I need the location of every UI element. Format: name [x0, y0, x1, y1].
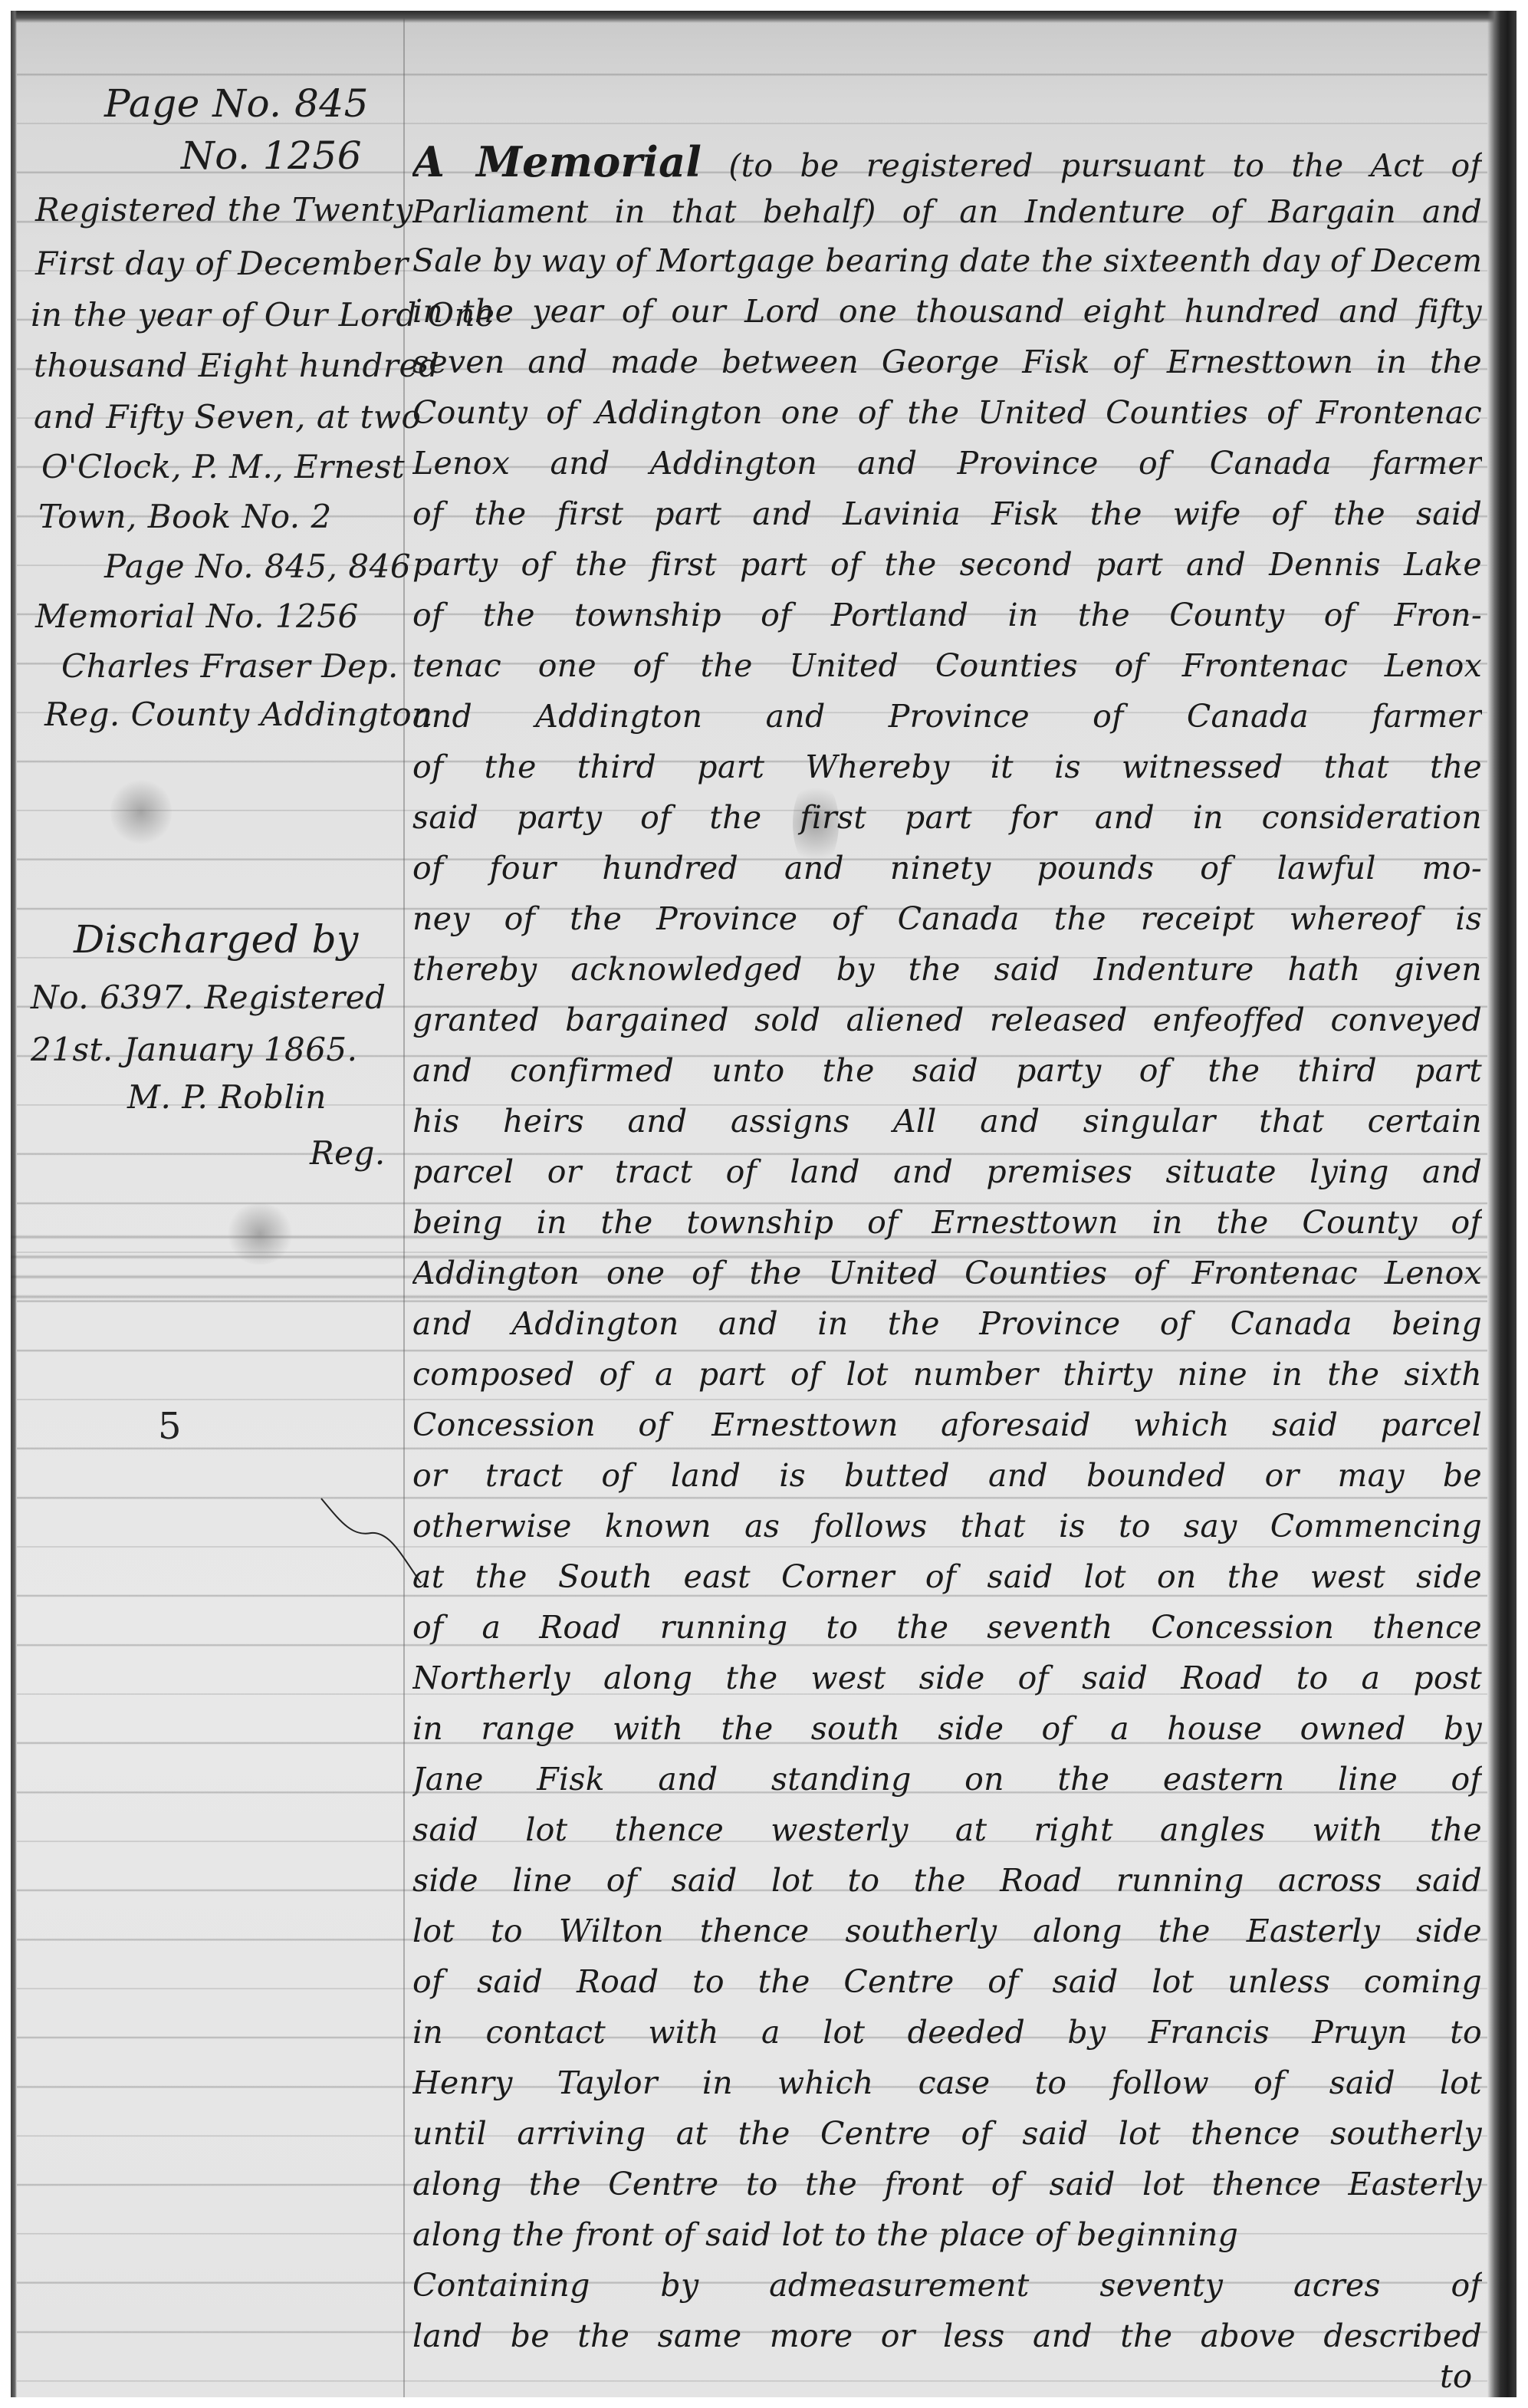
body-line: in contact with a lot deeded by Francis …: [412, 2014, 1482, 2051]
memorial-heading: A Memorial: [412, 137, 702, 186]
body-line: in range with the south side of a house …: [412, 1710, 1482, 1747]
body-line: Parliament in that behalf) of an Indentu…: [412, 193, 1482, 230]
body-line-text: (to be registered pursuant to the Act of: [702, 147, 1482, 184]
body-line: said party of the first part for and in …: [412, 799, 1482, 836]
body-line: County of Addington one of the United Co…: [412, 394, 1482, 431]
body-line: being in the township of Ernesttown in t…: [412, 1204, 1482, 1241]
body-line: of said Road to the Centre of said lot u…: [412, 1963, 1482, 2000]
body-line: or tract of land is butted and bounded o…: [412, 1457, 1482, 1494]
body-line: otherwise known as follows that is to sa…: [412, 1508, 1482, 1544]
pointer-stroke: [317, 1495, 425, 1587]
discharge-note-line: M. P. Roblin: [127, 1078, 327, 1116]
body-line: ney of the Province of Canada the receip…: [412, 900, 1482, 937]
registration-note-line: Registered the Twenty: [35, 191, 413, 229]
registration-note-line: and Fifty Seven, at two: [34, 398, 421, 436]
scan-top-edge: [11, 11, 1516, 23]
scan-left-edge: [11, 11, 17, 2397]
registration-note-line: First day of December: [35, 245, 409, 282]
body-line: and Addington and Province of Canada far…: [412, 698, 1482, 735]
body-line: granted bargained sold aliened released …: [412, 1002, 1482, 1038]
body-line: lot to Wilton thence southerly along the…: [412, 1913, 1482, 1949]
discharge-note-line: Discharged by: [74, 917, 359, 962]
registration-note-line: Memorial No. 1256: [35, 597, 359, 635]
body-line: composed of a part of lot number thirty …: [412, 1356, 1482, 1393]
stray-pencil-mark: 5: [158, 1405, 182, 1448]
body-line: parcel or tract of land and premises sit…: [412, 1153, 1482, 1190]
scanned-ledger-page: Page No. 845 No. 1256 Registered the Twe…: [11, 11, 1516, 2397]
body-line: along the Centre to the front of said lo…: [412, 2166, 1482, 2202]
body-line: Concession of Ernesttown aforesaid which…: [412, 1406, 1482, 1443]
body-line: Henry Taylor in which case to follow of …: [412, 2064, 1482, 2101]
body-line: Sale by way of Mortgage bearing date the…: [412, 242, 1482, 279]
body-line: side line of said lot to the Road runnin…: [412, 1862, 1482, 1899]
registration-note-line: Reg. County Addington: [44, 696, 433, 733]
margin-page-number: Page No. 845: [104, 81, 369, 126]
body-line: Northerly along the west side of said Ro…: [412, 1660, 1482, 1696]
registration-note-line: Charles Fraser Dep.: [61, 647, 399, 685]
registration-note-line: O'Clock, P. M., Ernest: [41, 448, 405, 485]
body-line: at the South east Corner of said lot on …: [412, 1558, 1482, 1595]
body-line: Jane Fisk and standing on the eastern li…: [412, 1761, 1482, 1798]
binding-edge: [1487, 11, 1516, 2397]
body-line-title: A Memorial (to be registered pursuant to…: [412, 137, 1482, 186]
body-line: land be the same more or less and the ab…: [412, 2318, 1482, 2354]
body-line: Lenox and Addington and Province of Cana…: [412, 445, 1482, 482]
stain-spot: [225, 1203, 294, 1265]
stain-spot: [110, 778, 172, 847]
body-line: his heirs and assigns All and singular t…: [412, 1103, 1482, 1140]
body-line: of the first part and Lavinia Fisk the w…: [412, 495, 1482, 532]
discharge-note-line: 21st. January 1865.: [31, 1031, 358, 1068]
body-line: tenac one of the United Counties of Fron…: [412, 647, 1482, 684]
body-line: seven and made between George Fisk of Er…: [412, 344, 1482, 380]
catchword: to: [1440, 2357, 1472, 2395]
body-line: and confirmed unto the said party of the…: [412, 1052, 1482, 1089]
body-line: party of the first part of the second pa…: [412, 546, 1482, 583]
body-line: Addington one of the United Counties of …: [412, 1255, 1482, 1291]
body-line: of the township of Portland in the Count…: [412, 597, 1482, 633]
registration-note-line: Page No. 845, 846: [104, 548, 411, 585]
body-line: and Addington and in the Province of Can…: [412, 1305, 1482, 1342]
body-line: in the year of our Lord one thousand eig…: [412, 293, 1482, 330]
body-line: along the front of said lot to the place…: [412, 2216, 1482, 2253]
body-line: thereby acknowledged by the said Indentu…: [412, 951, 1482, 988]
discharge-note-line: No. 6397. Registered: [31, 979, 386, 1016]
body-line: until arriving at the Centre of said lot…: [412, 2115, 1482, 2152]
body-line: of four hundred and ninety pounds of law…: [412, 850, 1482, 887]
body-line: said lot thence westerly at right angles…: [412, 1811, 1482, 1848]
body-line: of the third part Whereby it is witnesse…: [412, 748, 1482, 785]
registration-note-line: thousand Eight hundred: [34, 347, 439, 384]
body-line: Containing by admeasurement seventy acre…: [412, 2267, 1482, 2304]
margin-memorial-number: No. 1256: [181, 133, 362, 178]
body-line: of a Road running to the seventh Concess…: [412, 1609, 1482, 1646]
discharge-note-line: Reg.: [310, 1134, 386, 1172]
registration-note-line: Town, Book No. 2: [38, 498, 332, 535]
